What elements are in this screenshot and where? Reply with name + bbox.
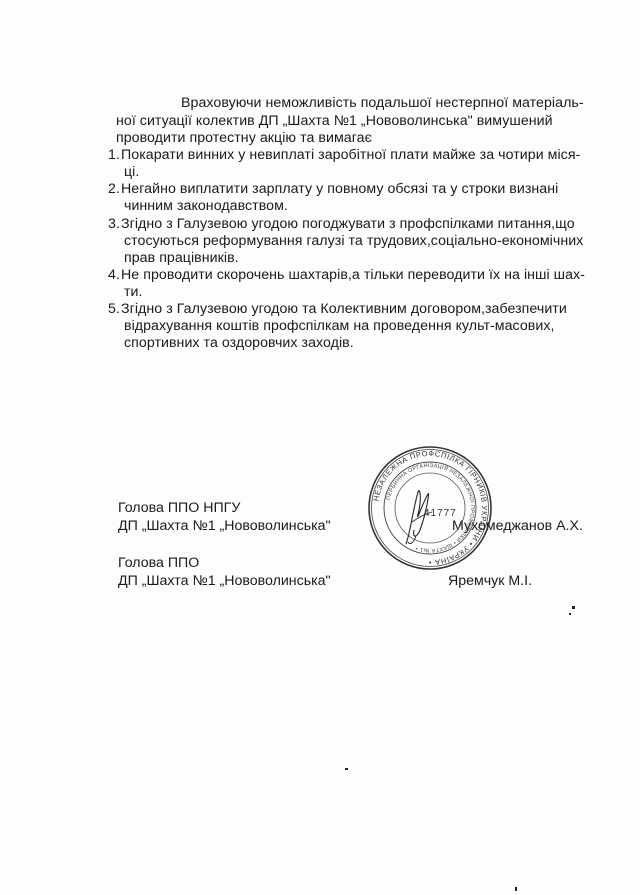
demand-text-line: Покарати винних у невиплаті заробітної п… xyxy=(121,147,580,164)
demand-text-line: відрахування коштів профспілкам на прове… xyxy=(124,318,554,335)
demand-text-line: стосуються реформування галузі та трудов… xyxy=(124,233,583,250)
svg-text:41777: 41777 xyxy=(424,508,457,519)
intro-line-2: ної ситуації колектив ДП „Шахта №1 „Ново… xyxy=(116,113,553,130)
demand-text-line: Не проводити скорочень шахтарів,а тільки… xyxy=(121,267,585,284)
demand-text-line: цi. xyxy=(124,164,139,181)
signatory-name: Яремчук М.І. xyxy=(448,573,532,590)
signatory-organization: ДП „Шахта №1 „Нововолинська" xyxy=(118,573,331,590)
signatory-title: Голова ППО НПГУ xyxy=(118,500,240,517)
demand-text-line: чинним законодавством. xyxy=(124,198,288,215)
scan-speck xyxy=(345,768,348,770)
signatory-organization: ДП „Шахта №1 „Нововолинська" xyxy=(118,518,331,535)
demand-number: 3. xyxy=(108,216,120,233)
demand-number: 1. xyxy=(108,147,120,164)
document-page: Враховуючи неможливість подальшої нестер… xyxy=(0,0,640,895)
demand-number: 2. xyxy=(108,181,120,198)
intro-line-3: проводити протестну акцію та вимагає xyxy=(116,130,372,147)
demand-number: 4. xyxy=(108,267,120,284)
scan-speck xyxy=(572,606,575,609)
demand-text-line: Згідно з Галузевою угодою погоджувати з … xyxy=(121,216,575,233)
demand-text-line: Негайно виплатити зарплату у повному обс… xyxy=(121,181,558,198)
demand-text-line: спортивних та оздоровчих заходів. xyxy=(124,335,354,352)
demand-text-line: Згідно з Галузевою угодою та Колективним… xyxy=(121,301,567,318)
scan-speck xyxy=(569,613,571,615)
intro-line-1: Враховуючи неможливість подальшої нестер… xyxy=(181,95,584,112)
demand-text-line: прав працівників. xyxy=(124,250,239,267)
demand-text-line: ти. xyxy=(124,284,143,301)
official-stamp: НЕЗАЛЕЖНА ПРОФСПІЛКА ГІРНИКІВ УКРАЇНИ • … xyxy=(366,444,494,572)
demand-number: 5. xyxy=(108,301,120,318)
stamp-seal-icon: НЕЗАЛЕЖНА ПРОФСПІЛКА ГІРНИКІВ УКРАЇНИ • … xyxy=(366,444,494,572)
scan-speck xyxy=(515,887,517,891)
signatory-title: Голова ППО xyxy=(118,555,199,572)
